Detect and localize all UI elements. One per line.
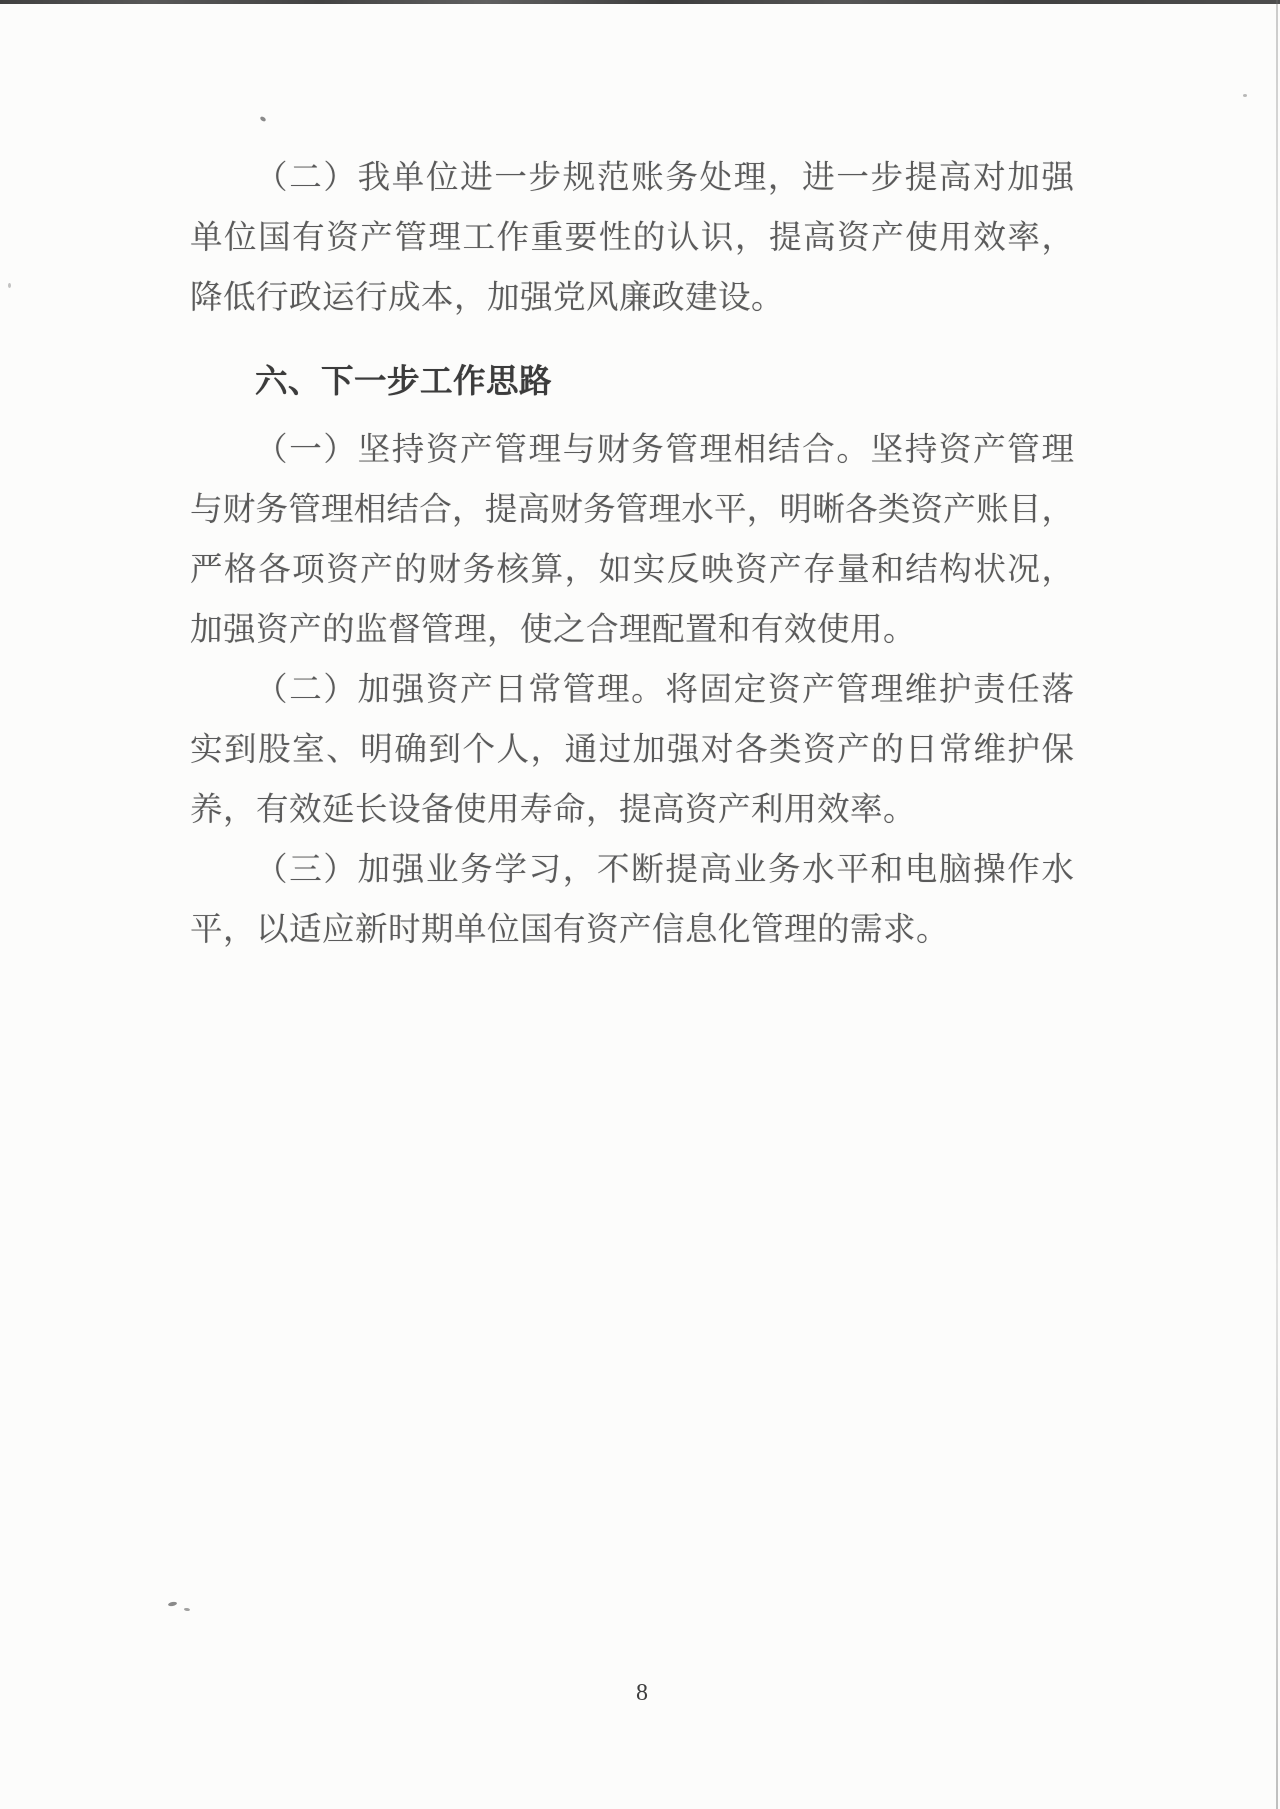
paragraph-line: （一）坚持资产管理与财务管理相结合。坚持资产管理: [190, 419, 1074, 479]
page-number: 8: [636, 1680, 648, 1707]
paragraph-line: 与财务管理相结合，提高财务管理水平，明晰各类资产账目，: [190, 479, 1074, 539]
scanned-document-page: （二）我单位进一步规范账务处理，进一步提高对加强 单位国有资产管理工作重要性的认…: [0, 0, 1280, 1809]
paragraph-line: 加强资产的监督管理，使之合理配置和有效使用。: [190, 599, 1074, 659]
scan-speck: [168, 1601, 178, 1607]
section-heading: 六、下一步工作思路: [190, 351, 1074, 411]
paragraph-line: （三）加强业务学习，不断提高业务水平和电脑操作水: [190, 839, 1074, 899]
scan-top-edge-artifact: [0, 0, 1280, 4]
scan-speck: [1243, 94, 1247, 97]
scan-right-edge-line: [1276, 0, 1278, 1809]
scan-speck: [8, 283, 11, 288]
scan-speck: [259, 116, 266, 123]
paragraph-line: 单位国有资产管理工作重要性的认识，提高资产使用效率，: [190, 207, 1074, 267]
paragraph-line: 实到股室、明确到个人，通过加强对各类资产的日常维护保: [190, 719, 1074, 779]
paragraph-line: 平，以适应新时期单位国有资产信息化管理的需求。: [190, 899, 1074, 959]
scan-speck: [184, 1608, 190, 1612]
paragraph-line: 严格各项资产的财务核算，如实反映资产存量和结构状况，: [190, 539, 1074, 599]
document-text-block: （二）我单位进一步规范账务处理，进一步提高对加强 单位国有资产管理工作重要性的认…: [190, 147, 1074, 959]
paragraph-line: （二）我单位进一步规范账务处理，进一步提高对加强: [190, 147, 1074, 207]
paragraph-line: 降低行政运行成本，加强党风廉政建设。: [190, 267, 1074, 327]
paragraph-line: （二）加强资产日常管理。将固定资产管理维护责任落: [190, 659, 1074, 719]
paragraph-line: 养，有效延长设备使用寿命，提高资产利用效率。: [190, 779, 1074, 839]
